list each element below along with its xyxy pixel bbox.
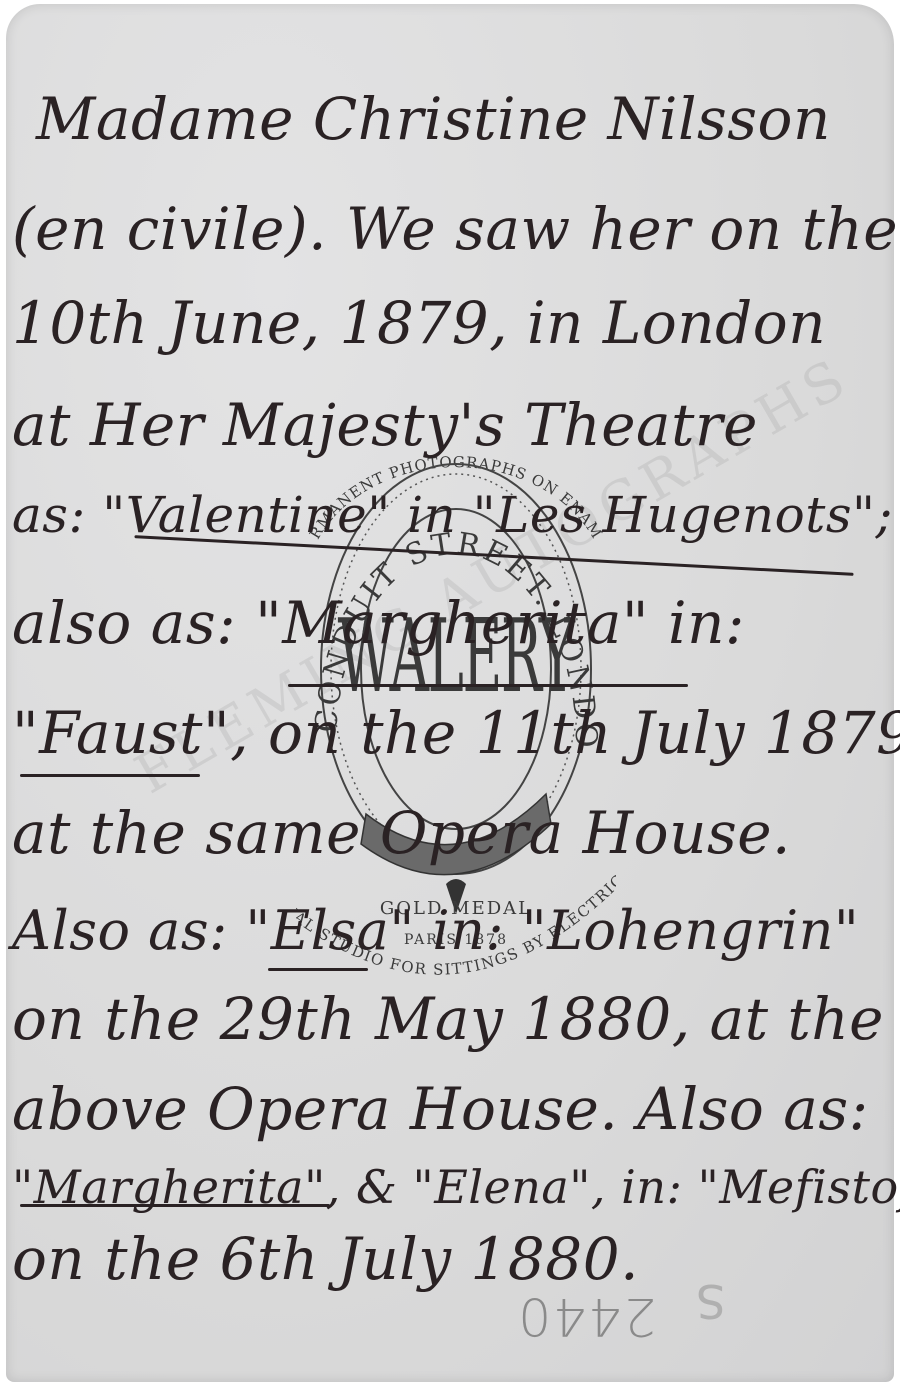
underline — [20, 1204, 330, 1207]
inscription-line-5: as: "Valentine" in "Les Hugenots"; — [12, 490, 893, 540]
underline — [268, 968, 368, 971]
underline — [20, 774, 200, 777]
inscription-line-1: Madame Christine Nilsson — [36, 90, 831, 148]
inscription-line-10: on the 29th May 1880, at the — [12, 990, 884, 1048]
cabinet-card-back: FLEMING AUTOGRAPHS PERMANENT PHOTOGRAPHS… — [6, 4, 894, 1382]
inscription-line-3: 10th June, 1879, in London — [12, 294, 826, 352]
underline — [288, 684, 688, 687]
pencil-inventory-number: 2440 — [516, 1286, 656, 1346]
inscription-line-9: Also as: "Elsa" in: "Lohengrin" — [12, 904, 859, 958]
inscription-line-7: "Faust", on the 11th July 1879 — [12, 704, 900, 762]
inscription-line-13: on the 6th July 1880. — [12, 1230, 639, 1288]
inscription-line-6: also as: "Margherita" in: — [12, 594, 745, 652]
inscription-line-2: (en civile). We saw her on the — [12, 200, 898, 258]
inscription-line-11: above Opera House. Also as: — [12, 1080, 869, 1138]
inscription-line-8: at the same Opera House. — [12, 804, 791, 862]
pencil-mark: S — [696, 1274, 725, 1328]
inscription-line-4: at Her Majesty's Theatre — [12, 396, 758, 454]
